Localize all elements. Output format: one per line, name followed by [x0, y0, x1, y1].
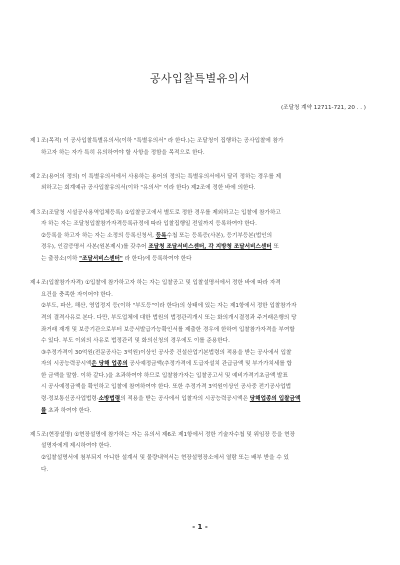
text-segment: 경우), 인감증명서 사본(원본제시)를 갖추어 [41, 244, 148, 250]
document-page: 공사입찰특별유의서 (조달청 계약 12711-721, 20 . . ) 제１… [0, 0, 400, 565]
text-segment: 수첩 또는 등록증(사본), 등기부등본(법인의 [167, 233, 273, 239]
text-line: 제４조(입찰참가자격) ①입찰에 참가하고자 하는 자는 입찰공고 및 입찰설명… [30, 278, 370, 290]
text-segment: ②등록을 하고자 하는 자는 소정의 등록신청서, [41, 233, 156, 239]
article-5: 제５조(현장설명) ①현장설명에 참가하는 자는 유의서 제6조 제1항에서 정… [30, 430, 370, 476]
emphasis-text: 은 당해 업종의 [91, 361, 127, 367]
emphasis-text: 소방법령 [99, 396, 121, 402]
text-line: 외하고는 회계예규 공사입찰유의서(이하 "유의서" 이라 한다) 제2조에 정… [30, 183, 370, 195]
article-3: 제３조(조달청 시설공사용역업체등록) ①입찰공고에서 별도로 정한 경우를 제… [30, 208, 370, 266]
article-2: 제２조(용어의 정의) 이 특별유의서에서 사용하는 용어의 정의는 특별유의서… [30, 172, 370, 195]
text-line: 제１조(목적) 이 공사입찰특별유의서(이하 "특별유의서" 라 한다.)는 조… [30, 136, 370, 148]
text-line: 제５조(현장설명) ①현장설명에 참가하는 자는 유의서 제6조 제1항에서 정… [30, 430, 370, 442]
text-line: 다. [30, 465, 370, 477]
document-title: 공사입찰특별유의서 [0, 70, 400, 86]
text-line: 경우), 인감증명서 사본(원본제시)를 갖추어 조달청 조달서비스센터, 각 … [30, 242, 370, 254]
article-4: 제４조(입찰참가자격) ①입찰에 참가하고자 하는 자는 입찰공고 및 입찰설명… [30, 278, 370, 417]
text-line: 는 출장소(이하 "조달서비스센터" 라 한다)에 등록하여야 한다 [30, 254, 370, 266]
text-line: 좌거래 재개 및 보증기관으로부터 보증서발급가능확인서를 제출한 경우에 한하… [30, 325, 370, 337]
contract-number: (조달청 계약 12711-721, 20 . . ) [281, 103, 366, 111]
text-line: 제２조(용어의 정의) 이 특별유의서에서 사용하는 용어의 정의는 특별유의서… [30, 172, 370, 184]
text-line: ②등록을 하고자 하는 자는 소정의 등록신청서, 등록수첩 또는 등록증(사본… [30, 231, 370, 243]
text-line: 령·정보통신공사업법령·소방법령의 적용을 받는 공사에서 입찰자의 시공능력공… [30, 394, 370, 406]
text-line: 수 있다. 부도 이외의 사유로 법정관리 및 화의신청의 경우에도 이를 준용… [30, 336, 370, 348]
text-segment: 령·정보통신공사업법령· [41, 396, 99, 402]
text-line: 제３조(조달청 시설공사용역업체등록) ①입찰공고에서 별도로 정한 경우를 제… [30, 208, 370, 220]
text-line: 설명자에게 제시하여야 한다. [30, 441, 370, 453]
text-line: 자의 시공능력공시액은 당해 업종의 공사예정금액(추정가격에 도급자설치 관급… [30, 359, 370, 371]
emphasis-text: 등록 [156, 233, 167, 239]
text-line: ②부도, 파산, 해산, 영업정지 등(이하 "부도등"이라 한다)의 상태에 … [30, 301, 370, 313]
text-segment: 라 한다)에 등록하여야 한다 [123, 256, 192, 262]
text-line: ②입찰설명서에 첨부되지 아니한 설계서 및 물량내역서는 현장설명장소에서 열… [30, 453, 370, 465]
emphasis-text: "조달서비스센터" [79, 256, 123, 262]
text-line: ③추정가격이 30억원(전문공사는 3억원)이상인 공사중 건설산업기본법령의 … [30, 348, 370, 360]
text-line: 격의 결격사유로 본다. 다만, 부도업체에 대한 법원의 법정관리개시 또는 … [30, 313, 370, 325]
text-segment: 자의 시공능력공시액 [41, 361, 91, 367]
text-segment: 공사예정금액(추정가격에 도급자설치 관급금액 및 부가가치세를 합 [128, 361, 292, 367]
emphasis-text: 조달청 조달서비스센터, 각 지방청 조달서비스센터 [148, 244, 271, 250]
text-line: 를 초과 하여야 한다. [30, 406, 370, 418]
emphasis-text: 당해업종의 입찰금액 [250, 396, 301, 402]
text-line: 하고자 하는 자가 특히 유의하여야 할 사항을 정함을 목적으로 한다. [30, 148, 370, 160]
text-line: 시 공사예정금액을 확인하고 입찰에 참여하여야 한다. 또한 추정가격 3억원… [30, 382, 370, 394]
text-line: 요건을 충족한 자이어야 한다. [30, 290, 370, 302]
document-body: 제１조(목적) 이 공사입찰특별유의서(이하 "특별유의서" 라 한다.)는 조… [30, 136, 370, 489]
text-segment: 는 출장소(이하 [41, 256, 79, 262]
article-1: 제１조(목적) 이 공사입찰특별유의서(이하 "특별유의서" 라 한다.)는 조… [30, 136, 370, 159]
page-number: - 1 - [0, 523, 400, 531]
text-line: 자 하는 자는 조달청입찰참가자격등록규정에 따라 입찰집행일 전일까지 등록하… [30, 219, 370, 231]
text-line: 한 금액을 말함. 이하 같다.)을 초과하여야 하므로 입찰참가자는 입찰공고… [30, 371, 370, 383]
text-segment: 또 [272, 244, 279, 250]
text-segment: 초과 하여야 한다. [46, 408, 91, 414]
text-segment: 의 적용을 받는 공사에서 입찰자의 시공능력공시액은 [120, 396, 250, 402]
